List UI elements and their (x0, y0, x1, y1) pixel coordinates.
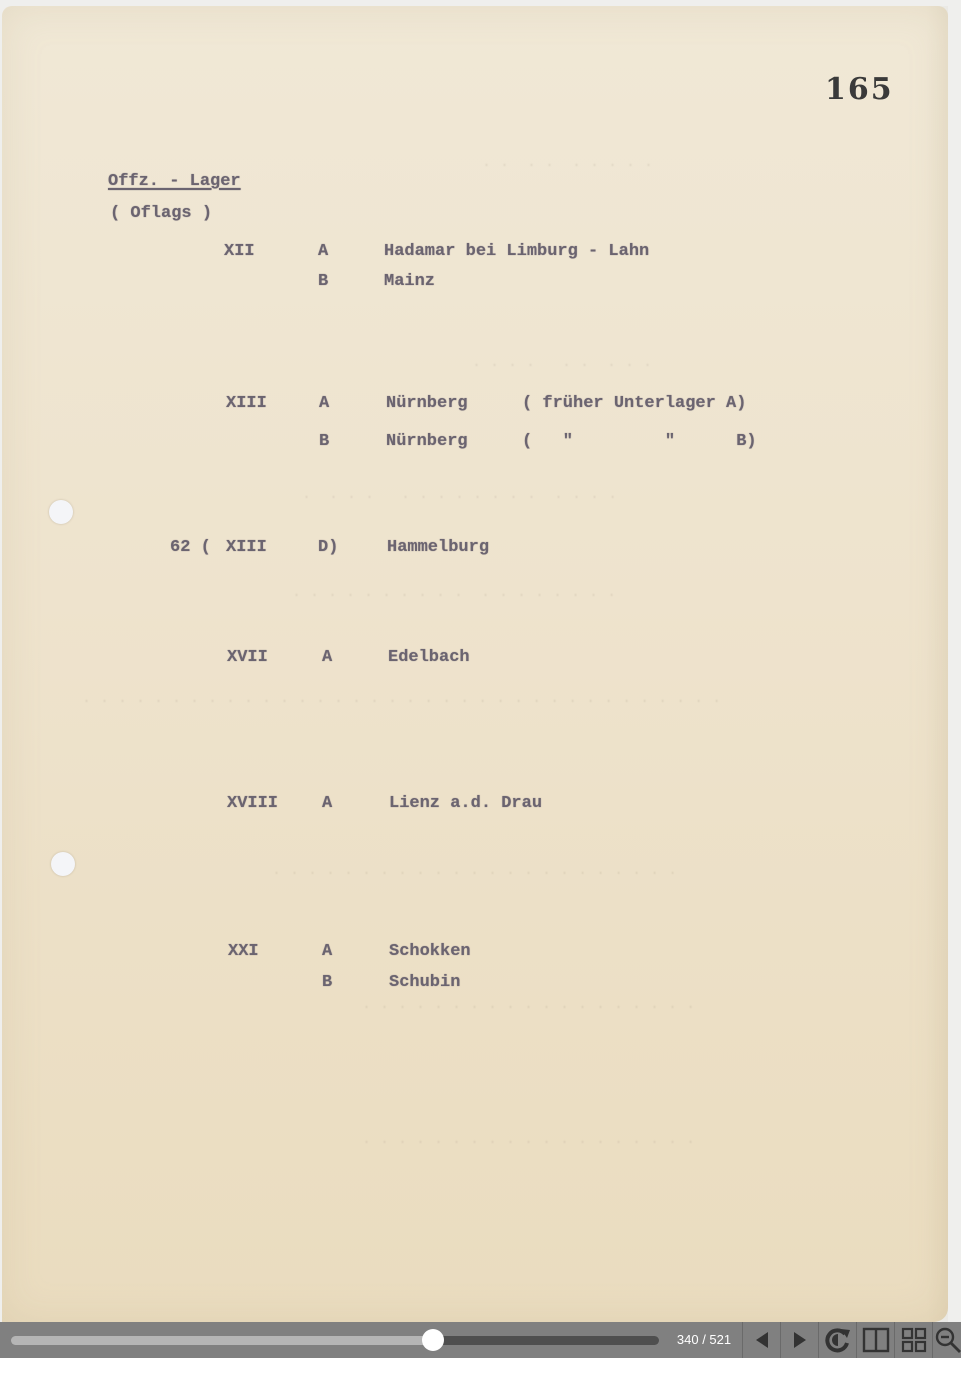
camp-place: Lienz a.d. Drau (389, 794, 542, 813)
document-page: . . . . . . . . . . . . . . . . . . . . … (2, 6, 948, 1322)
camp-note: ( früher Unterlager A) (522, 394, 746, 413)
rotate-icon (824, 1326, 852, 1354)
camp-place: Schokken (389, 942, 471, 961)
camp-place: Hammelburg (387, 538, 489, 557)
camp-letter: B (319, 432, 329, 451)
slider-thumb[interactable] (422, 1329, 444, 1351)
district-numeral: XIII (226, 538, 267, 557)
rotate-button[interactable] (818, 1322, 857, 1358)
bleed-through-text: . . . . . . . . . . . . . . . . . . . (362, 996, 695, 1013)
previous-page-button[interactable] (742, 1322, 781, 1358)
triangle-right-icon (792, 1331, 808, 1349)
camp-place: Nürnberg (386, 432, 468, 451)
page-footer-area (0, 1358, 961, 1375)
district-numeral: XXI (228, 942, 259, 961)
bleed-through-text: . . . . . . . . . (482, 154, 653, 171)
camp-letter: A (322, 794, 332, 813)
punch-hole (49, 500, 73, 524)
grid-icon (901, 1327, 927, 1353)
camp-note: ( " " B) (522, 432, 757, 451)
camp-letter: A (318, 242, 328, 261)
page-number: 165 (825, 72, 894, 107)
zoom-out-button[interactable] (932, 1322, 961, 1358)
camp-place: Hadamar bei Limburg - Lahn (384, 242, 649, 261)
two-page-view-button[interactable] (856, 1322, 895, 1358)
bleed-through-text: . . . . . . . . . (472, 354, 652, 371)
camp-letter: B (322, 973, 332, 992)
camp-letter: D) (318, 538, 338, 557)
bleed-through-text: . . . . . . . . . . . . . . . . (302, 486, 617, 503)
triangle-left-icon (754, 1331, 770, 1349)
bleed-through-text: . . . . . . . . . . . . . . . . . . . . … (82, 690, 721, 707)
district-numeral: XII (224, 242, 255, 261)
next-page-button[interactable] (780, 1322, 819, 1358)
subheading: ( Oflags ) (110, 204, 212, 223)
camp-place: Mainz (384, 272, 435, 291)
bleed-through-text: . . . . . . . . . . . . . . . . . . (292, 584, 616, 601)
camp-letter: A (322, 648, 332, 667)
camp-prefix: 62 ( (170, 538, 211, 557)
camp-letter: A (322, 942, 332, 961)
page-slider[interactable] (11, 1333, 659, 1347)
camp-place: Edelbach (388, 648, 470, 667)
camp-place: Schubin (389, 973, 460, 992)
two-page-icon (862, 1327, 890, 1353)
heading: Offz. - Lager (108, 172, 241, 191)
camp-letter: B (318, 272, 328, 291)
district-numeral: XVIII (227, 794, 278, 813)
thumbnail-view-button[interactable] (894, 1322, 933, 1358)
punch-hole (51, 852, 75, 876)
bleed-through-text: . . . . . . . . . . . . . . . . . . . . … (272, 862, 677, 879)
bleed-through-text: . . . . . . . . . . . . . . . . . . . (362, 1131, 695, 1148)
slider-track-progress[interactable] (11, 1336, 435, 1345)
slider-track-remaining[interactable] (431, 1336, 659, 1345)
zoom-out-icon (934, 1326, 961, 1354)
camp-place: Nürnberg (386, 394, 468, 413)
camp-letter: A (319, 394, 329, 413)
page-counter: 340 / 521 (666, 1322, 742, 1358)
district-numeral: XIII (226, 394, 267, 413)
district-numeral: XVII (227, 648, 268, 667)
